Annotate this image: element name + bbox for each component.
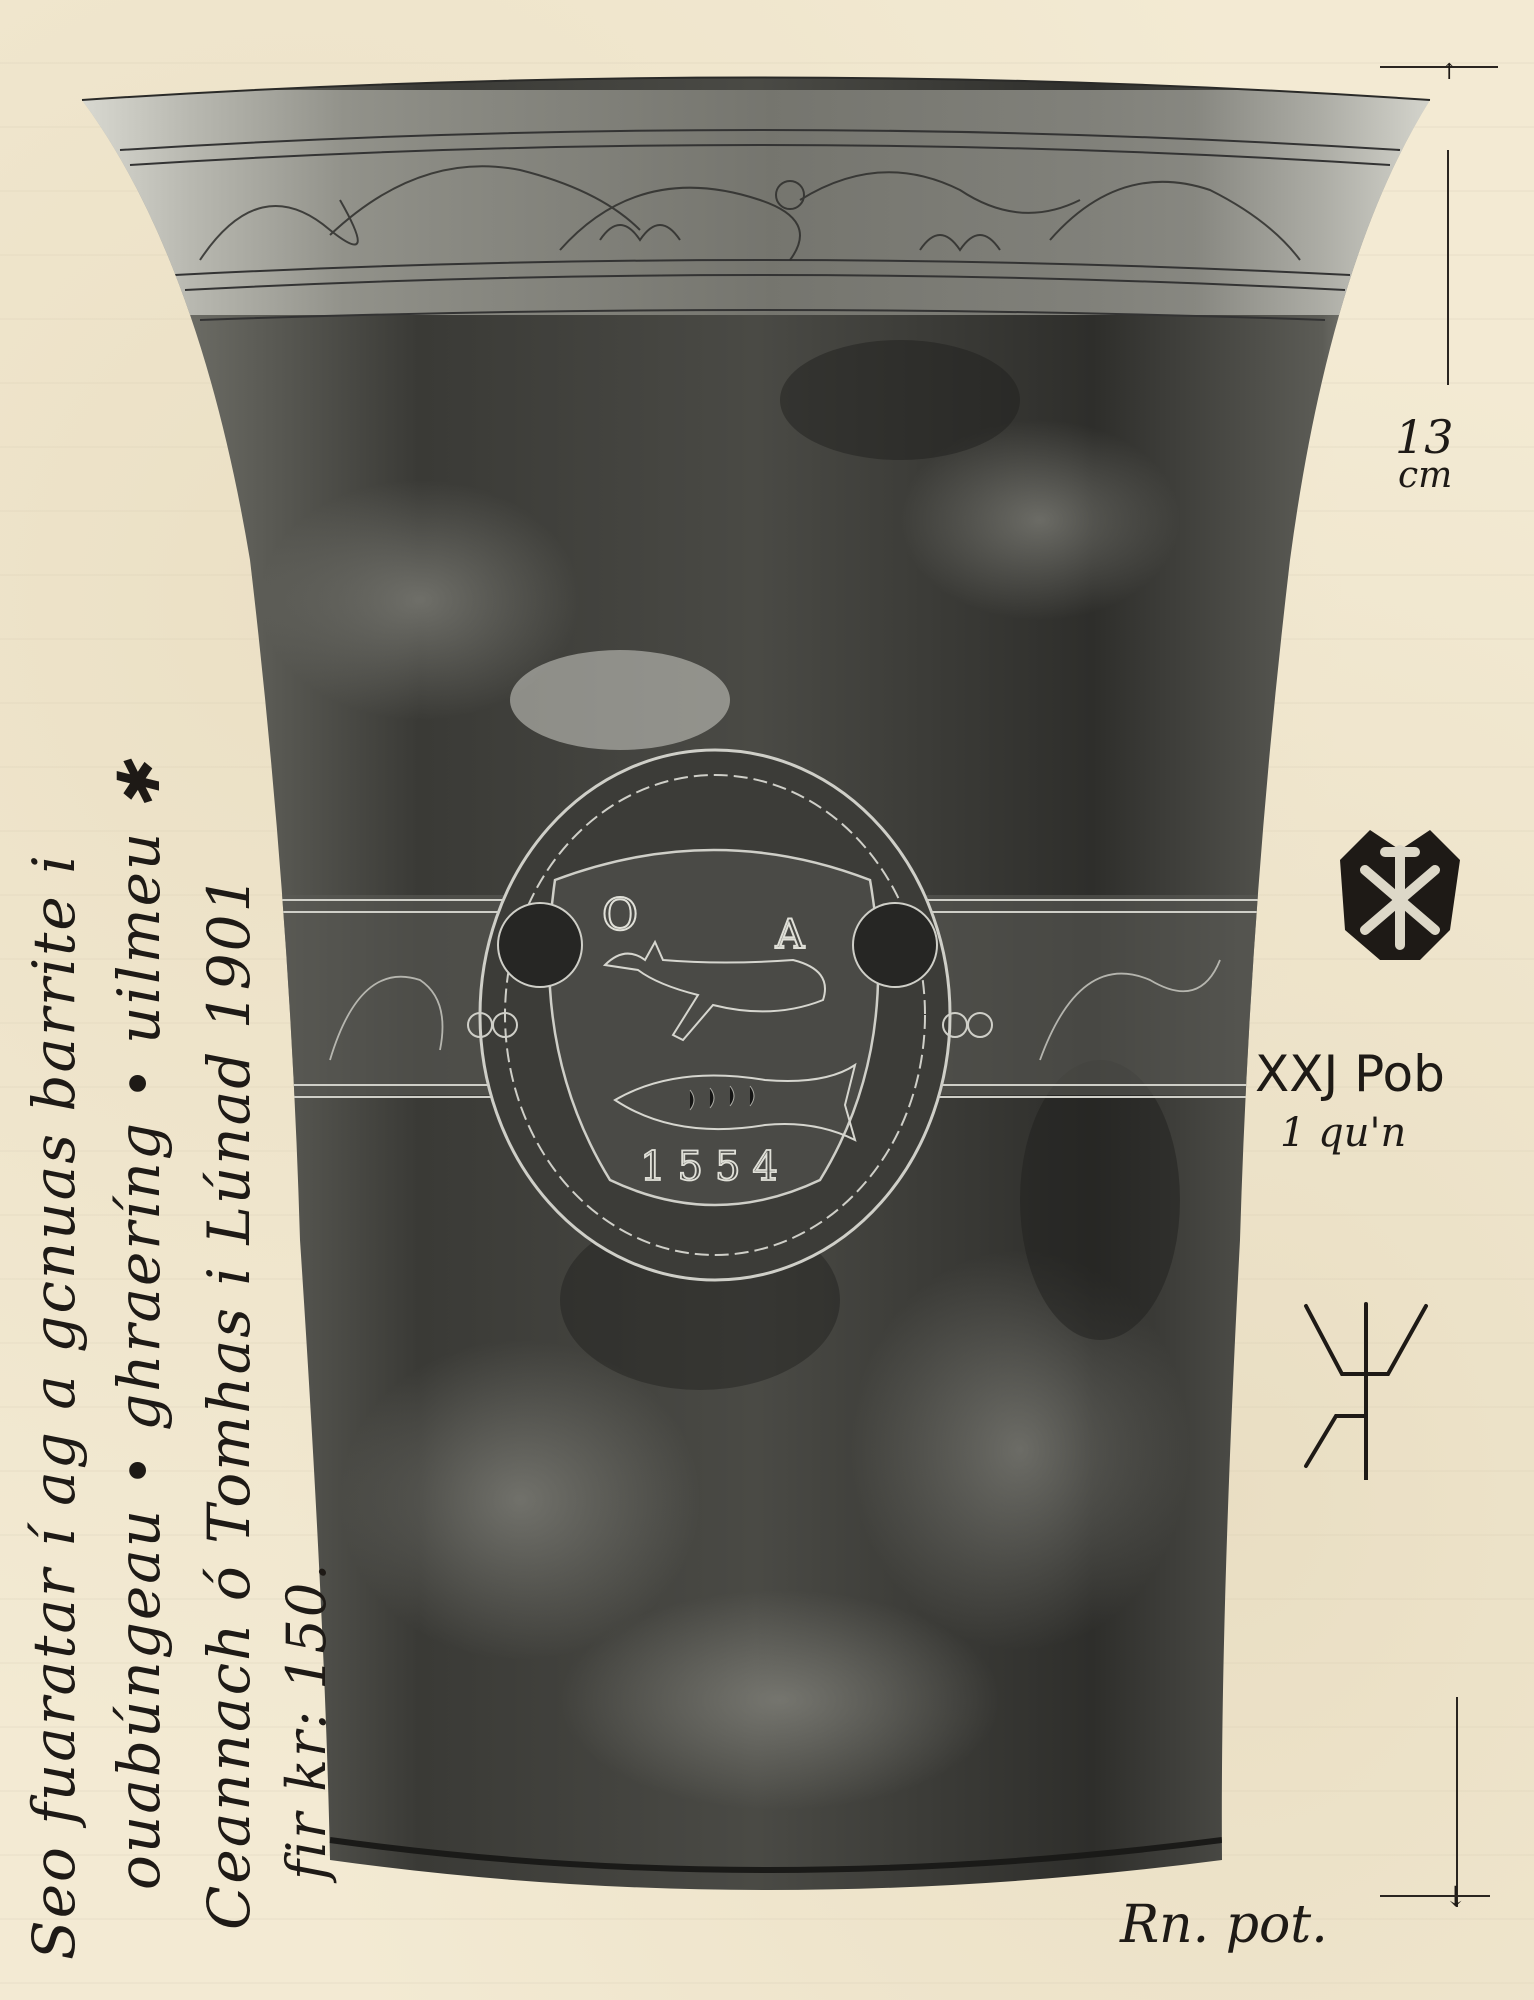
footer-note: Rn. pot. [1120, 1895, 1328, 1955]
medallion-year: 1554 [640, 1144, 790, 1190]
annotation-line-4: fir kr: 150. [275, 1562, 338, 1880]
hallmark-note-line2: 1 qu'n [1280, 1110, 1406, 1156]
scale-arrow-up-icon: ↑ [1440, 60, 1458, 85]
scale-top-line [1447, 150, 1449, 385]
hallmark-drawing [1320, 820, 1480, 970]
annotation-line-3: Ceannach ó Tomhas i Lúnad 1901 [195, 874, 263, 1930]
medallion-initial-right: A [775, 912, 806, 958]
scale-top-tick [1380, 66, 1498, 68]
scale-bottom-line [1456, 1697, 1458, 1907]
hallmark-note-line1: XXJ Pob [1255, 1045, 1445, 1103]
annotation-line-2: ouabúngeau • ghraeríng • uilmeu ✱ [105, 760, 173, 1890]
annotation-line-1: Seo fuaratar í ag a gcnuas barrite i [20, 853, 88, 1960]
medallion-initial-left: O [602, 890, 638, 941]
scale-unit: cm [1398, 455, 1452, 496]
maker-mark-rune [1290, 1290, 1450, 1480]
scale-bottom-tick [1380, 1895, 1490, 1897]
